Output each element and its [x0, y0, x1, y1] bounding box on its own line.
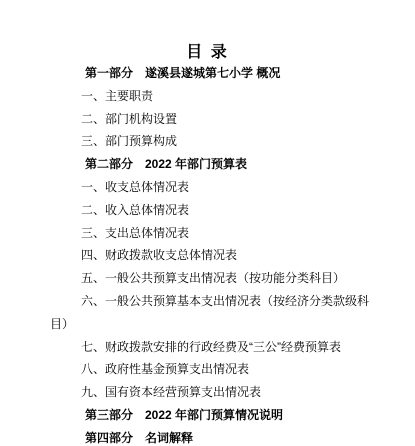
- toc-entry-part3-heading: 第三部分 2022 年部门预算情况说明: [50, 404, 371, 427]
- toc-entry-list: 第一部分 遂溪县遂城第七小学 概况 一、主要职责 二、部门机构设置 三、部门预算…: [0, 62, 415, 446]
- toc-entry-part1-heading: 第一部分 遂溪县遂城第七小学 概况: [50, 62, 371, 85]
- toc-entry-gov-fund-table: 八、政府性基金预算支出情况表: [50, 358, 371, 381]
- toc-entry-expense-table: 三、支出总体情况表: [50, 222, 371, 245]
- toc-entry-org-structure: 二、部门机构设置: [50, 108, 371, 131]
- toc-entry-part4-heading: 第四部分 名词解释: [50, 427, 371, 446]
- toc-entry-basic-expense-line2: 目）: [50, 313, 371, 336]
- toc-entry-part2-heading: 第二部分 2022 年部门预算表: [50, 153, 371, 176]
- toc-entry-basic-expense-line1: 六、一般公共预算基本支出情况表（按经济分类款级科: [50, 290, 371, 313]
- toc-entry-public-budget-func: 五、一般公共预算支出情况表（按功能分类科目）: [50, 267, 371, 290]
- toc-entry-fiscal-alloc-table: 四、财政拨款收支总体情况表: [50, 244, 371, 267]
- toc-entry-income-expense-table: 一、收支总体情况表: [50, 176, 371, 199]
- toc-entry-state-capital-table: 九、国有资本经营预算支出情况表: [50, 381, 371, 404]
- toc-entry-budget-composition: 三、部门预算构成: [50, 130, 371, 153]
- document-page: 目 录 第一部分 遂溪县遂城第七小学 概况 一、主要职责 二、部门机构设置 三、…: [0, 0, 415, 446]
- toc-entry-main-duties: 一、主要职责: [50, 85, 371, 108]
- toc-entry-income-table: 二、收入总体情况表: [50, 199, 371, 222]
- toc-entry-admin-sangong-table: 七、财政拨款安排的行政经费及“三公”经费预算表: [50, 336, 371, 359]
- toc-title: 目 录: [0, 44, 415, 62]
